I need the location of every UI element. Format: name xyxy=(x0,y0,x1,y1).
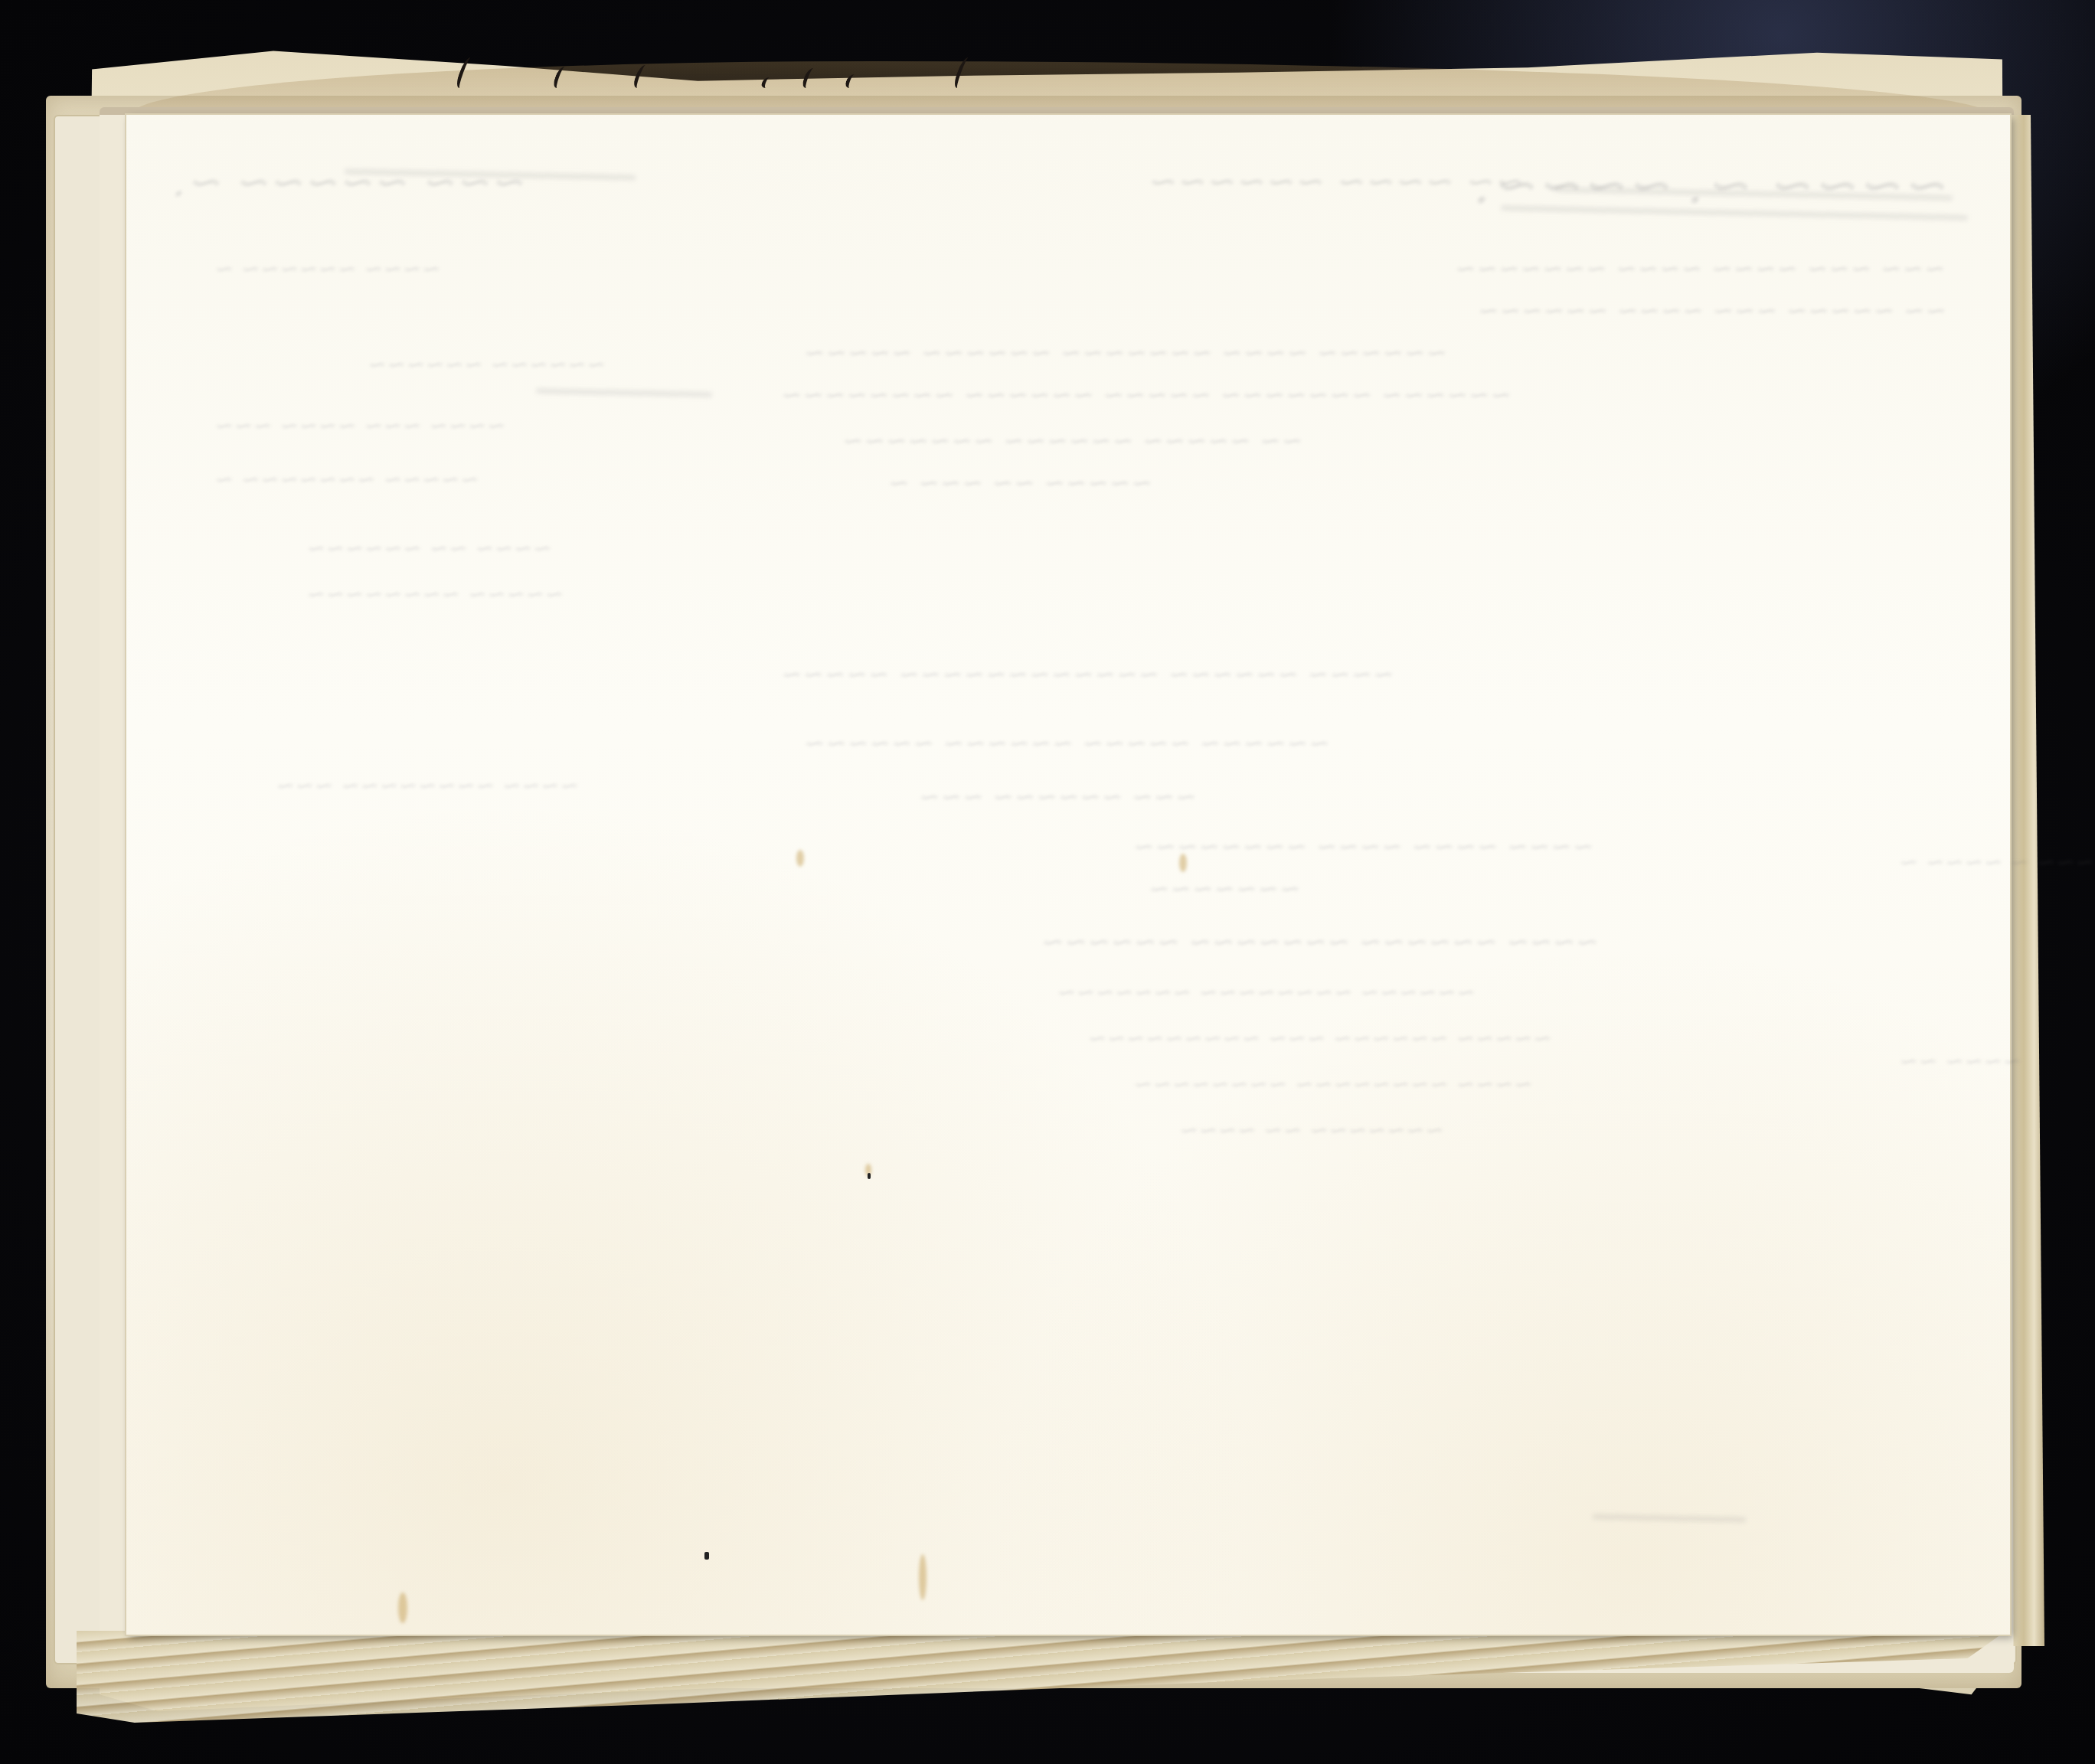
ink-speck xyxy=(704,1552,709,1560)
photo-stage: Blank verso of a bound notebook page pho… xyxy=(0,0,2095,1764)
right-page-edges xyxy=(2010,115,2044,1646)
ink-stroke xyxy=(800,68,819,88)
foxing-spot xyxy=(398,1592,407,1623)
ink-stroke xyxy=(551,67,570,88)
foxing-spot xyxy=(1179,854,1187,872)
ink-stroke xyxy=(760,77,775,88)
edge-ink-strokes xyxy=(459,42,969,88)
ink-speck xyxy=(868,1173,871,1179)
foxing-spot xyxy=(796,850,804,867)
foxing-spot xyxy=(919,1554,927,1600)
ink-stroke xyxy=(632,65,652,88)
notebook-page: Blank verso of a bound notebook page pho… xyxy=(126,115,2010,1635)
ink-stroke xyxy=(844,74,861,88)
